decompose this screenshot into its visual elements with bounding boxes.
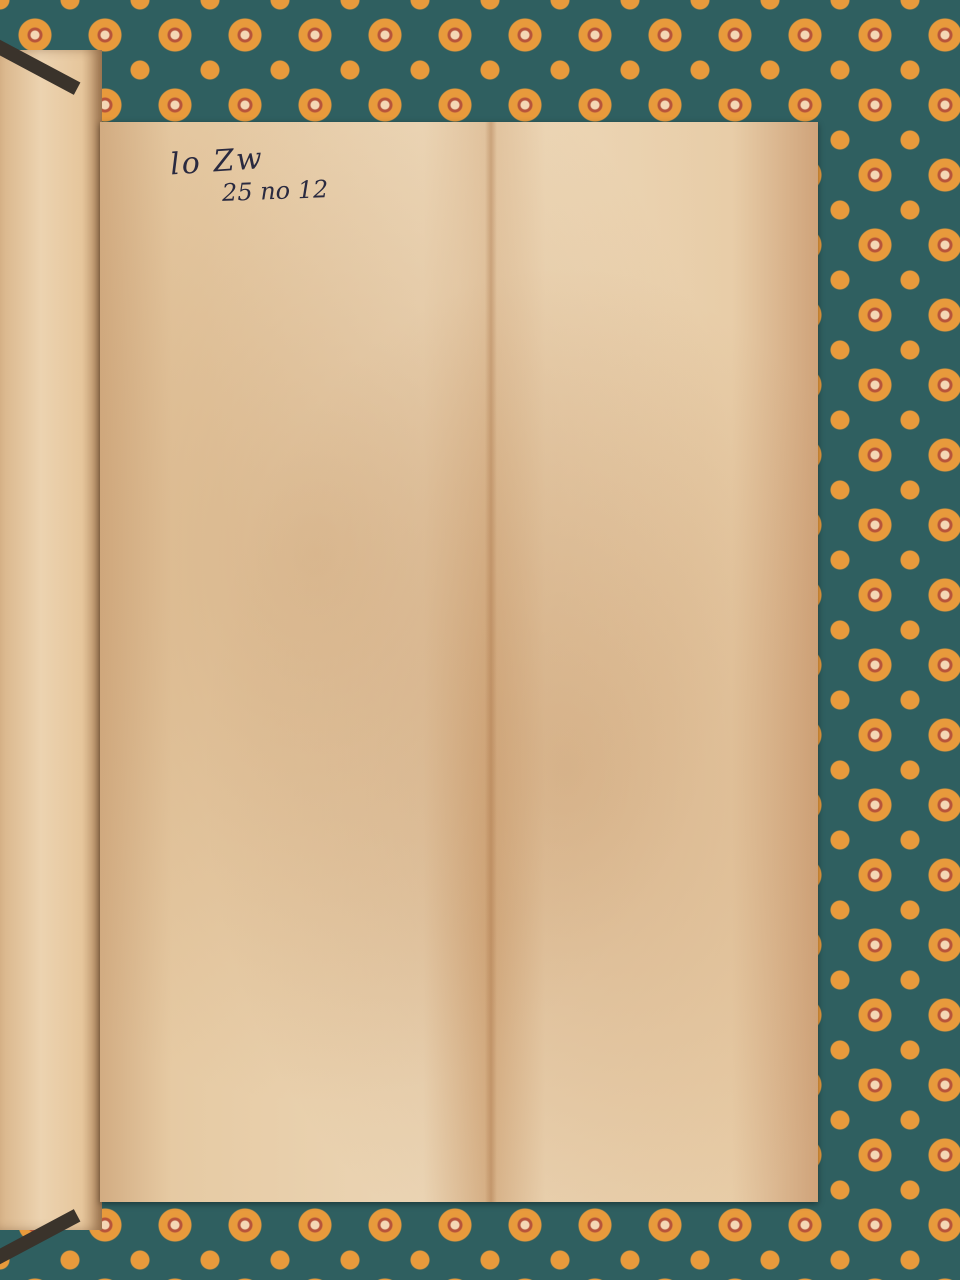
flyleaf-page: lo Zw 25 no 12 — [100, 122, 818, 1202]
handwritten-inscription: lo Zw 25 no 12 — [170, 142, 328, 205]
inscription-date: 25 no 12 — [222, 175, 329, 207]
left-book-page — [0, 50, 102, 1230]
page-fold — [485, 122, 497, 1202]
